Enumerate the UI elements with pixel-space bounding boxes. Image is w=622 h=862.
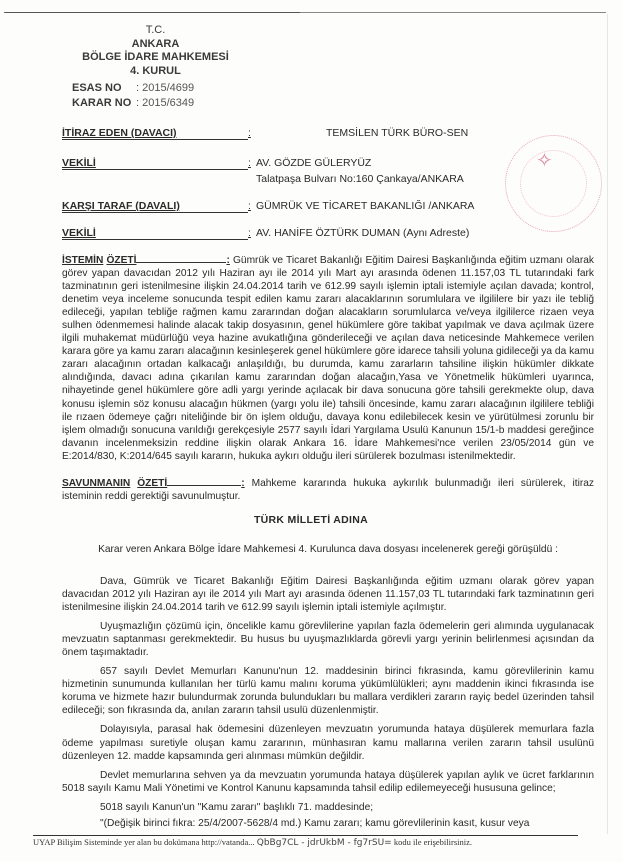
page-edge-right: [607, 14, 608, 834]
page-edge-line: [4, 12, 308, 13]
party-label: İTİRAZ EDEN (DAVACI): [62, 127, 248, 140]
claim-summary-section: İSTEMİN ÖZETİ: Gümrük ve Ticaret Bakanlı…: [62, 254, 594, 463]
reasoning-paragraph: Dava, Gümrük ve Ticaret Bakanlığı Eğitim…: [62, 575, 594, 614]
chamber-label: 4. KURUL: [0, 65, 311, 79]
claim-summary-label-2: ÖZETİ: [106, 255, 136, 266]
footer-suffix: kodu ile erişebilirsiniz.: [394, 837, 472, 847]
reasoning-paragraph: 5018 sayılı Kanun'un "Kamu zararı" başlı…: [62, 801, 594, 814]
party-value: AV. HANİFE ÖZTÜRK DUMAN (Aynı Adreste): [256, 227, 469, 239]
defense-summary-label-1: SAVUNMANIN: [62, 478, 130, 489]
access-code: QbBg7CL - jdrUkbM - fg7rSU=: [257, 838, 392, 848]
reasoning-paragraph: Devlet memurlarına sehven ya da mevzuatı…: [62, 769, 594, 795]
party-value: GÜMRÜK VE TİCARET BAKANLIĞI /ANKARA: [256, 200, 474, 212]
party-respondent-attorney: VEKİLİ:AV. HANİFE ÖZTÜRK DUMAN (Aynı Adr…: [62, 227, 469, 240]
party-label: VEKİLİ: [62, 227, 248, 240]
party-colon: :: [248, 157, 256, 169]
party-colon: :: [248, 200, 256, 212]
verdict-title: TÜRK MİLLETİ ADINA: [0, 514, 622, 526]
defense-summary-section: SAVUNMANIN ÖZETİ: Mahkeme kararında huku…: [62, 477, 594, 503]
karar-label: KARAR NO: [72, 96, 136, 111]
party-address: Talatpaşa Bulvarı No:160 Çankaya/ANKARA: [256, 173, 464, 185]
esas-label: ESAS NO: [72, 81, 136, 96]
claim-summary-text: Gümrük ve Ticaret Bakanlığı Eğitim Daire…: [62, 255, 594, 462]
defense-summary-label-2: ÖZETİ: [137, 478, 167, 489]
reasoning-paragraph: Uyuşmazlığın çözümü için, öncelikle kamu…: [62, 620, 594, 659]
party-colon: :: [248, 227, 256, 239]
case-numbers: ESAS NO: 2015/4699 KARAR NO: 2015/6349: [72, 81, 194, 111]
court-intro: Karar veren Ankara Bölge İdare Mahkemesi…: [62, 543, 594, 556]
city-label: ANKARA: [0, 38, 311, 52]
seal-inner-ring: [520, 150, 587, 217]
republic-label: T.C.: [0, 24, 311, 38]
party-colon: :: [248, 127, 256, 139]
official-seal-stamp: ✧: [505, 135, 602, 232]
party-value: TEMSİLEN TÜRK BÜRO-SEN: [326, 127, 468, 139]
party-respondent: KARŞI TARAF (DAVALI):GÜMRÜK VE TİCARET B…: [62, 200, 474, 213]
label-underline: [167, 477, 241, 486]
defense-summary-colon: :: [241, 478, 244, 489]
label-underline: [136, 254, 226, 263]
party-appellant: İTİRAZ EDEN (DAVACI):TEMSİLEN TÜRK BÜRO-…: [62, 127, 468, 140]
seal-mark-icon: ✧: [536, 148, 553, 173]
claim-summary-label-1: İSTEMİN: [62, 255, 103, 266]
court-header: T.C. ANKARA BÖLGE İDARE MAHKEMESİ 4. KUR…: [0, 24, 311, 78]
reasoning-paragraph: Dolayısıyla, parasal hak ödemesini düzen…: [62, 723, 594, 762]
claim-summary-colon: :: [226, 255, 229, 266]
party-value: AV. GÖZDE GÜLERYÜZ: [256, 157, 371, 169]
uyap-footer: UYAP Bilişim Sisteminde yer alan bu dokü…: [33, 835, 578, 848]
party-label: KARŞI TARAF (DAVALI): [62, 200, 248, 213]
reasoning-paragraph: "(Değişik birinci fıkra: 25/4/2007-5628/…: [62, 817, 594, 830]
page-edge-line: [300, 12, 606, 13]
party-label: VEKİLİ: [62, 157, 248, 170]
karar-value: : 2015/6349: [136, 97, 194, 109]
reasoning-paragraph: 657 sayılı Devlet Memurları Kanunu'nun 1…: [62, 665, 594, 717]
party-appellant-attorney: VEKİLİ:AV. GÖZDE GÜLERYÜZ Talatpaşa Bulv…: [62, 157, 464, 185]
footer-text: UYAP Bilişim Sisteminde yer alan bu dokü…: [33, 837, 255, 847]
court-name: BÖLGE İDARE MAHKEMESİ: [0, 51, 311, 65]
reasoning-body: Dava, Gümrük ve Ticaret Bakanlığı Eğitim…: [62, 575, 594, 836]
esas-value: : 2015/4699: [136, 82, 194, 94]
